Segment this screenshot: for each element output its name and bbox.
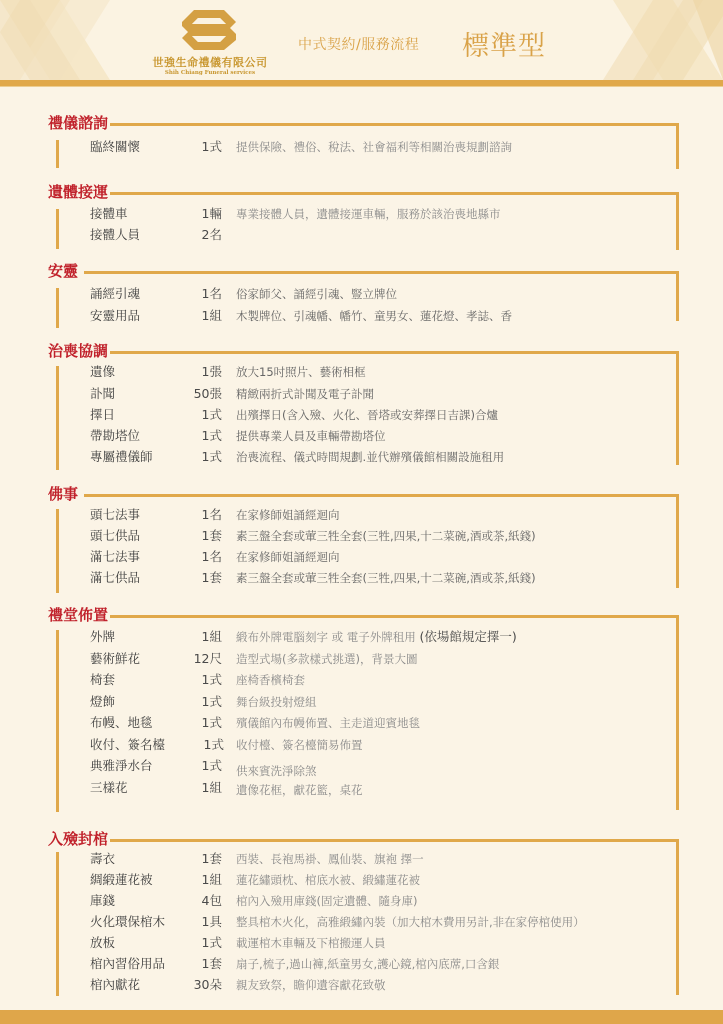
item-qty: 1套 [178,849,222,869]
item-name: 燈飾 [90,692,115,712]
section-funeral-coordination: 治喪協調 遺像 1張 放大15吋照片、藝術相框 訃聞 50張 精緻兩折式訃聞及電… [0,342,723,472]
item-name: 火化環保棺木 [90,912,165,932]
section-top-line [110,615,678,618]
item-desc: 專業接體人員，遺體接運車輛，服務於該治喪地縣市 [236,204,501,224]
item-desc: 木製牌位、引魂幡、幡竹、童男女、蓮花燈、孝誌、香 [236,306,512,326]
item-name: 頭七供品 [90,526,140,546]
item-qty: 50張 [178,384,222,404]
section-buddhist-rites: 佛事 頭七法事 1名 在家修師姐誦經迴向 頭七供品 1套 素三盤全套或葷三牲全套… [0,485,723,595]
item-name: 庫錢 [90,891,115,911]
item-qty: 1名 [178,505,222,525]
item-desc: 親友致祭，瞻仰遺容獻花致敬 [236,975,386,995]
list-item: 收付、簽名檯 1式 收付檯、簽名檯簡易佈置 [0,735,723,755]
item-desc: 素三盤全套或葷三牲全套(三牲,四果,十二菜碗,酒或茶,紙錢) [236,568,536,588]
section-title: 遺體接運 [48,183,110,201]
item-desc: 放大15吋照片、藝術相框 [236,362,366,382]
item-qty: 1名 [178,547,222,567]
item-qty: 1式 [180,735,224,755]
list-item: 滿七供品 1套 素三盤全套或葷三牲全套(三牲,四果,十二菜碗,酒或茶,紙錢) [0,568,723,588]
section-body-transport: 遺體接運 接體車 1輛 專業接體人員，遺體接運車輛，服務於該治喪地縣市 接體人員… [0,183,723,253]
list-item: 擇日 1式 出殯擇日(含入殮、火化、晉塔或安葬擇日吉課)合爐 [0,405,723,425]
section-title: 禮堂佈置 [48,606,110,624]
item-desc: 出殯擇日(含入殮、火化、晉塔或安葬擇日吉課)合爐 [236,405,498,425]
item-name: 棺內獻花 [90,975,140,995]
item-desc-note: (依場館規定擇一) [419,629,516,644]
item-desc: 棺內入殮用庫錢(固定遺體、隨身庫) [236,891,417,911]
item-qty: 4包 [178,891,222,911]
company-name-cn: 世強生命禮儀有限公司 [150,54,270,70]
item-qty: 1組 [178,627,222,647]
item-desc: 整具棺木火化，高雅緞繡內裝（加大棺木費用另計,非在家停棺使用） [236,912,585,932]
item-desc: 蓮花繡頭枕、棺底水被、緞繡蓮花被 [236,870,420,890]
hexagon-s-logo-icon [180,8,238,52]
item-name: 滿七法事 [90,547,140,567]
item-qty: 12尺 [178,649,222,669]
section-top-line [110,839,678,842]
item-name: 棺內習俗用品 [90,954,165,974]
item-name: 臨終關懷 [90,137,140,157]
list-item: 外牌 1組 緞布外牌電腦刻字 或 電子外牌租用 (依場館規定擇一) [0,627,723,647]
list-item: 布幔、地毯 1式 殯儀館內布幔佈置、主走道迎賓地毯 [0,713,723,733]
item-name: 藝術鮮花 [90,649,140,669]
section-title: 佛事 [48,485,80,503]
item-qty: 1組 [178,306,222,326]
item-name: 專屬禮儀師 [90,447,153,467]
item-desc: 在家修師姐誦經迴向 [236,505,340,525]
decorative-diamond-pattern-left [0,0,140,80]
item-name: 典雅淨水台 [90,756,153,776]
item-qty: 1套 [178,954,222,974]
item-desc: 提供專業人員及車輛帶勘塔位 [236,426,386,446]
item-qty: 2名 [178,225,222,245]
section-title: 禮儀諮詢 [48,114,110,132]
list-item: 訃聞 50張 精緻兩折式訃聞及電子訃聞 [0,384,723,404]
item-name: 放板 [90,933,115,953]
item-name: 椅套 [90,670,115,690]
list-item: 棺內習俗用品 1套 扇子,梳子,過山褲,紙童男女,護心鏡,棺內底蓆,口含銀 [0,954,723,974]
section-top-line [110,192,678,195]
item-desc: 治喪流程、儀式時間規劃.並代辦殯儀館相關設施租用 [236,447,504,467]
section-top-line [84,271,678,274]
list-item: 安靈用品 1組 木製牌位、引魂幡、幡竹、童男女、蓮花燈、孝誌、香 [0,306,723,326]
item-qty: 1式 [178,447,222,467]
item-qty: 1式 [178,426,222,446]
list-item: 棺內獻花 30朵 親友致祭，瞻仰遺容獻花致敬 [0,975,723,995]
item-name: 收付、簽名檯 [90,735,165,755]
section-top-line [110,123,678,126]
list-item: 庫錢 4包 棺內入殮用庫錢(固定遺體、隨身庫) [0,891,723,911]
item-desc: 扇子,梳子,過山褲,紙童男女,護心鏡,棺內底蓆,口含銀 [236,954,499,974]
list-item: 三樣花 1組 遺像花框，獻花籃，桌花 [0,778,723,798]
page-header: 世強生命禮儀有限公司 Shih Chiang Funeral services … [0,0,723,80]
item-qty: 1組 [178,870,222,890]
item-qty: 1張 [178,362,222,382]
section-top-line [110,351,678,354]
list-item: 綢緞蓮花被 1組 蓮花繡頭枕、棺底水被、緞繡蓮花被 [0,870,723,890]
item-desc: 俗家師父、誦經引魂、豎立牌位 [236,284,397,304]
list-item: 遺像 1張 放大15吋照片、藝術相框 [0,362,723,382]
item-desc: 提供保險、禮俗、稅法、社會福利等相關治喪規劃諮詢 [236,137,512,157]
item-qty: 1式 [178,670,222,690]
plan-type-title: 標準型 [462,24,546,63]
section-title: 入殮封棺 [48,830,110,848]
section-etiquette-consult: 禮儀諮詢 臨終關懷 1式 提供保險、禮俗、稅法、社會福利等相關治喪規劃諮詢 [0,114,723,174]
item-qty: 1式 [178,713,222,733]
section-top-line [84,494,678,497]
item-qty: 1輛 [178,204,222,224]
item-qty: 1套 [178,568,222,588]
list-item: 火化環保棺木 1具 整具棺木火化，高雅緞繡內裝（加大棺木費用另計,非在家停棺使用… [0,912,723,932]
list-item: 藝術鮮花 12尺 造型式場(多款樣式挑選)，背景大圖 [0,649,723,669]
list-item: 臨終關懷 1式 提供保險、禮俗、稅法、社會福利等相關治喪規劃諮詢 [0,137,723,157]
item-qty: 1式 [178,692,222,712]
item-desc: 收付檯、簽名檯簡易佈置 [236,735,363,755]
list-item: 頭七供品 1套 素三盤全套或葷三牲全套(三牲,四果,十二菜碗,酒或茶,紙錢) [0,526,723,546]
item-desc: 座椅香檳椅套 [236,670,305,690]
item-name: 布幔、地毯 [90,713,153,733]
item-name: 三樣花 [90,778,128,798]
list-item: 誦經引魂 1名 俗家師父、誦經引魂、豎立牌位 [0,284,723,304]
item-desc: 載運棺木車輛及下棺搬運人員 [236,933,386,953]
section-hall-decoration: 禮堂佈置 外牌 1組 緞布外牌電腦刻字 或 電子外牌租用 (依場館規定擇一) 藝… [0,606,723,811]
item-qty: 1組 [178,778,222,798]
item-desc: 殯儀館內布幔佈置、主走道迎賓地毯 [236,713,420,733]
section-encoffining: 入殮封棺 壽衣 1套 西裝、長袍馬褂、鳳仙裝、旗袍 擇一 綢緞蓮花被 1組 蓮花… [0,830,723,1000]
company-logo: 世強生命禮儀有限公司 Shih Chiang Funeral services [150,8,270,78]
list-item: 椅套 1式 座椅香檳椅套 [0,670,723,690]
item-name: 壽衣 [90,849,115,869]
item-qty: 1式 [178,405,222,425]
list-item: 壽衣 1套 西裝、長袍馬褂、鳳仙裝、旗袍 擇一 [0,849,723,869]
item-name: 接體人員 [90,225,140,245]
item-desc-main: 緞布外牌電腦刻字 或 電子外牌租用 [236,630,416,644]
decorative-diamond-pattern-right [583,0,723,80]
item-qty: 1式 [178,933,222,953]
header-divider [0,80,723,87]
item-qty: 1名 [178,284,222,304]
item-name: 接體車 [90,204,128,224]
section-title: 治喪協調 [48,342,110,360]
item-desc: 在家修師姐誦經迴向 [236,547,340,567]
item-name: 安靈用品 [90,306,140,326]
list-item: 頭七法事 1名 在家修師姐誦經迴向 [0,505,723,525]
item-name: 誦經引魂 [90,284,140,304]
list-item: 專屬禮儀師 1式 治喪流程、儀式時間規劃.並代辦殯儀館相關設施租用 [0,447,723,467]
item-qty: 1式 [178,137,222,157]
list-item: 接體車 1輛 專業接體人員，遺體接運車輛，服務於該治喪地縣市 [0,204,723,224]
item-qty: 1式 [178,756,222,776]
section-title: 安靈 [48,262,80,280]
item-desc: 素三盤全套或葷三牲全套(三牲,四果,十二菜碗,酒或茶,紙錢) [236,526,536,546]
item-name: 擇日 [90,405,115,425]
item-name: 帶勘塔位 [90,426,140,446]
item-name: 外牌 [90,627,115,647]
item-desc: 精緻兩折式訃聞及電子訃聞 [236,384,374,404]
company-name-en: Shih Chiang Funeral services [150,70,270,76]
item-qty: 1套 [178,526,222,546]
list-item: 滿七法事 1名 在家修師姐誦經迴向 [0,547,723,567]
item-name: 頭七法事 [90,505,140,525]
item-desc: 西裝、長袍馬褂、鳳仙裝、旗袍 擇一 [236,849,424,869]
item-desc: 緞布外牌電腦刻字 或 電子外牌租用 (依場館規定擇一) [236,627,517,647]
section-spirit-settling: 安靈 誦經引魂 1名 俗家師父、誦經引魂、豎立牌位 安靈用品 1組 木製牌位、引… [0,262,723,332]
list-item: 接體人員 2名 [0,225,723,245]
item-qty: 30朵 [178,975,222,995]
item-name: 綢緞蓮花被 [90,870,153,890]
list-item: 燈飾 1式 舞台級投射燈組 [0,692,723,712]
document-subtitle: 中式契約/服務流程 [298,34,419,54]
item-name: 訃聞 [90,384,115,404]
item-desc: 造型式場(多款樣式挑選)，背景大圖 [236,649,417,669]
item-desc: 遺像花框，獻花籃，桌花 [236,780,363,800]
item-qty: 1具 [178,912,222,932]
item-desc: 舞台級投射燈組 [236,692,317,712]
footer-divider [0,1010,723,1024]
list-item: 典雅淨水台 1式 供來賓洗淨除煞 [0,756,723,776]
list-item: 放板 1式 載運棺木車輛及下棺搬運人員 [0,933,723,953]
list-item: 帶勘塔位 1式 提供專業人員及車輛帶勘塔位 [0,426,723,446]
item-name: 滿七供品 [90,568,140,588]
item-name: 遺像 [90,362,115,382]
